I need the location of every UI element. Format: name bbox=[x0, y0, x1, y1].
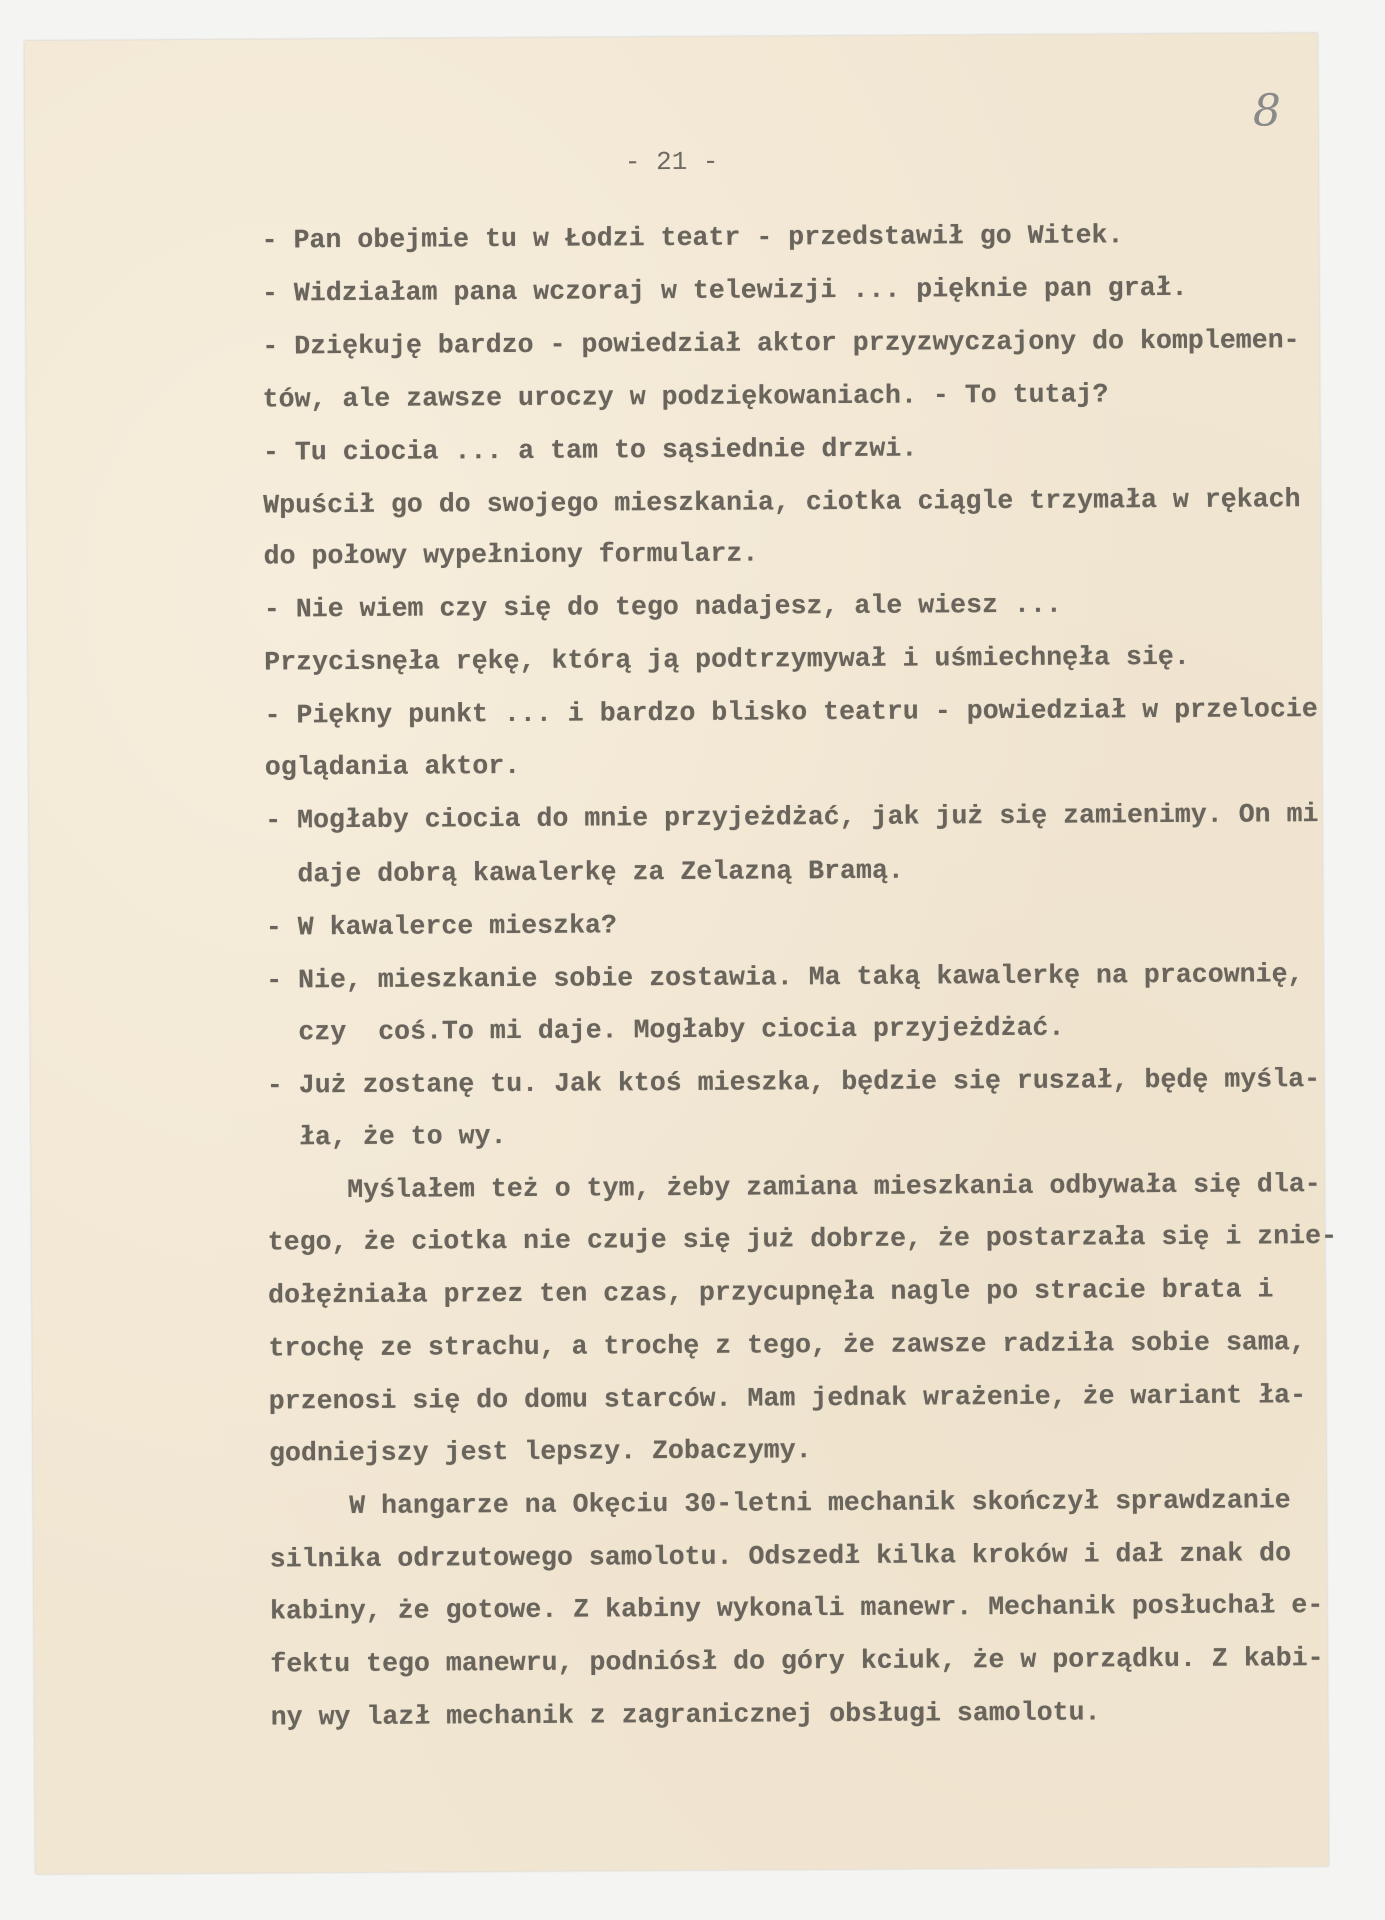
text-line: - Nie, mieszkanie sobie zostawia. Ma tak… bbox=[266, 959, 1303, 995]
text-line: Przycisnęła rękę, którą ją podtrzymywał … bbox=[264, 642, 1190, 678]
text-line: ny wy lazł mechanik z zagranicznej obsłu… bbox=[271, 1697, 1101, 1732]
text-line: - Piękny punkt ... i bardzo blisko teatr… bbox=[264, 694, 1317, 730]
text-line: - W kawalerce mieszka? bbox=[266, 910, 617, 942]
text-line: - Widziałam pana wczoraj w telewizji ...… bbox=[262, 273, 1188, 309]
text-line: fektu tego manewru, podniósł do góry kci… bbox=[270, 1643, 1323, 1679]
typewritten-page: 8 - 21 - - Pan obejmie tu w Łodzi teatr … bbox=[24, 33, 1328, 1874]
paragraph-start-line: W hangarze na Okęciu 30-letni mechanik s… bbox=[269, 1485, 1291, 1521]
text-line: - Pan obejmie tu w Łodzi teatr - przedst… bbox=[262, 220, 1124, 255]
text-line: - Nie wiem czy się do tego nadajesz, ale… bbox=[264, 590, 1062, 625]
text-line: trochę ze strachu, a trochę z tego, że z… bbox=[268, 1327, 1305, 1363]
page-number: - 21 - bbox=[25, 143, 1318, 181]
text-line: do połowy wypełniony formularz. bbox=[263, 538, 758, 571]
text-line: silnika odrzutowego samolotu. Odszedł ki… bbox=[270, 1538, 1292, 1574]
text-line: dołężniała przez ten czas, przycupnęła n… bbox=[268, 1274, 1274, 1310]
text-line: - Już zostanę tu. Jak ktoś mieszka, będz… bbox=[267, 1064, 1320, 1100]
text-line: tego, że ciotka nie czuje się już dobrze… bbox=[268, 1221, 1337, 1258]
text-line: oglądania aktor. bbox=[265, 751, 521, 783]
handwritten-folio-number: 8 bbox=[1253, 85, 1281, 136]
text-line: czy coś.To mi daje. Mogłaby ciocia przyj… bbox=[266, 1013, 1064, 1048]
text-line: - Tu ciocia ... a tam to sąsiednie drzwi… bbox=[263, 434, 917, 468]
text-line: - Dziękuję bardzo - powiedział aktor prz… bbox=[262, 325, 1299, 361]
text-line: daje dobrą kawalerkę za Zelazną Bramą. bbox=[265, 856, 904, 890]
text-line: kabiny, że gotowe. Z kabiny wykonali man… bbox=[270, 1590, 1323, 1626]
text-line: tów, ale zawsze uroczy w podziękowaniach… bbox=[263, 379, 1109, 414]
text-line: - Mogłaby ciocia do mnie przyjeżdżać, ja… bbox=[265, 799, 1318, 835]
text-line: ła, że to wy. bbox=[267, 1121, 507, 1152]
text-line: przenosi się do domu starców. Mam jednak… bbox=[269, 1380, 1306, 1416]
text-line: godniejszy jest lepszy. Zobaczymy. bbox=[269, 1435, 812, 1468]
paragraph-start-line: Myślałem też o tym, żeby zamiana mieszka… bbox=[267, 1169, 1320, 1205]
text-line: Wpuścił go do swojego mieszkania, ciotka… bbox=[263, 484, 1300, 520]
